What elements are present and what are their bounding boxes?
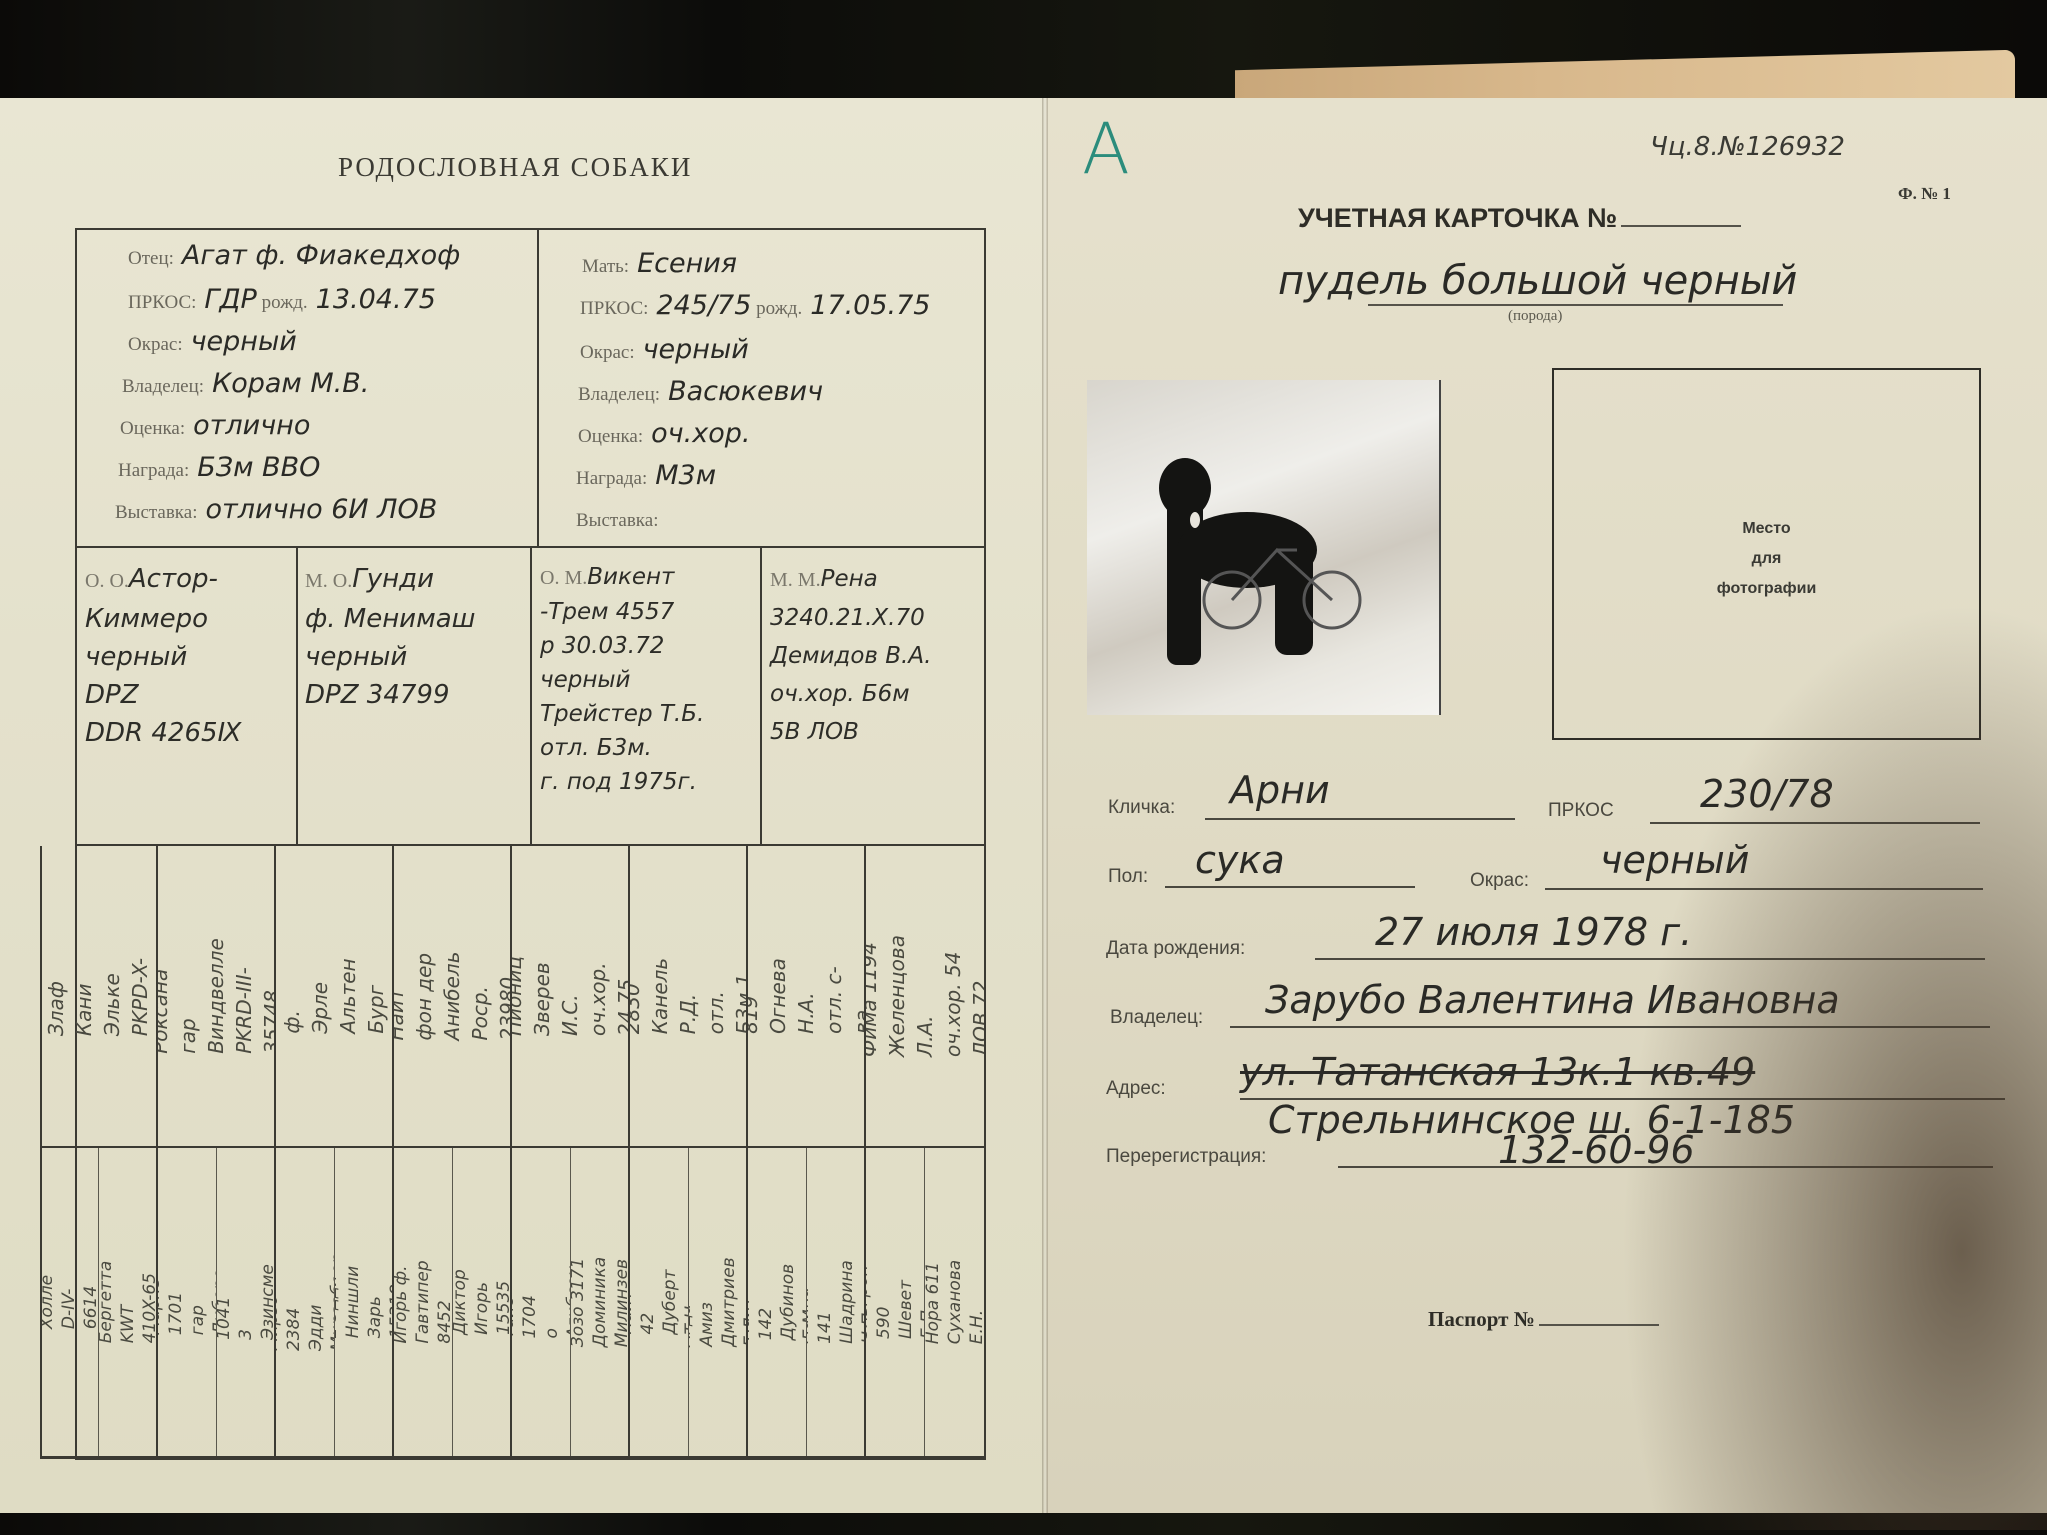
grid-left-border-lower [40,846,42,1458]
dam-label: Мать: [582,256,629,277]
dam-award: М3м [655,460,716,491]
dam-prkos: 245/75 [656,290,751,321]
card-number-blank [1621,225,1741,227]
corner-mark: А [1082,108,1130,190]
sire-color-label: Окрас: [128,334,183,355]
breed-label: (порода) [1508,308,1562,325]
great-great-grandparent-text: Майка 141 Шадрина Н.П. [807,1260,866,1344]
great-great-grandparent-text: Холле D-IV-6614 [40,1275,99,1329]
sire-grade: отлично [193,410,310,441]
photo-placeholder-caption: Место для фотографии [1554,514,1979,604]
great-great-grandparent-cell: Бергетта KWT 410X-65 [99,1148,158,1456]
name-label: Кличка: [1108,797,1175,819]
great-grandparent-text: Амандо Злаф Кани Эльке PKPD-X-25775 [40,956,158,1036]
breed-value: пудель большой черный [1278,258,1797,304]
gp-divider-2 [530,546,532,844]
form-number: Ф. № 1 [1898,184,1951,204]
bicycle-icon [1197,530,1367,640]
great-grandparent-cell: Грей 819 Огнева Н.А. отл. с-ва 4168 [748,846,866,1146]
great-great-grandparent-cell: Агда Амиз Дмитриев Е.Д. [689,1148,748,1456]
grid-bottom [40,1456,984,1459]
sire-label: Отец: [128,248,174,269]
great-great-grandparent-cell: Игорь ф. Гавтипер 8452 [394,1148,453,1456]
grandparent-label: О. О. [85,570,129,592]
sire-name: Агат ф. Фиакедхоф [182,240,460,271]
sex-underline [1165,886,1415,888]
dam-grade: оч.хор. [651,418,750,449]
great-great-grandparent-text: Биби 1041 3 Эзинсме Гайна [217,1264,276,1340]
card-title-text: УЧЕТНАЯ КАРТОЧКА № [1298,203,1617,233]
prkos-label: ПРКОС [1548,800,1614,822]
great-great-grandparent-cell: 2 Эдди Ниншли Зарь 15318 [335,1148,394,1456]
book-spine [1042,98,1048,1513]
great-great-grandparent-text: 2 Эдди Ниншли Зарь 15318 [335,1266,394,1338]
sire-show: отлично 6И ЛОВ [205,494,437,525]
grandparent-label: М. О. [305,570,352,592]
great-great-grandparent-text: Диктор Игорь 15535 [453,1269,512,1335]
great-great-grandparent-cell: Холле D-IV-6614 [40,1148,99,1456]
grandparent-cell: М. О.Гунди ф. Менимаш черный DPZ 34799 [305,560,525,714]
great-great-grandparent-cell: Зозо 3171 Доминика Милинзев [571,1148,630,1456]
dam-color: черный [643,334,749,365]
great-great-grandparent-text: Игорь ф. Гавтипер 8452 [394,1260,453,1343]
color-label: Окрас: [1470,870,1529,892]
breed-underline [1368,304,1783,306]
great-great-grandparent-cell: Эльгрон 590 Шевет Е.П. [866,1148,925,1456]
dob-label: Дата рождения: [1106,938,1245,960]
grandparent-cell: М. М.Рена 3240.21.X.70 Демидов В.А. оч.х… [770,560,980,751]
hand-shadow [1620,600,2047,1530]
great-great-grandparent-cell: Мирзо 2384 Эдди Мирзабаер [276,1148,335,1456]
great-grandparent-cell: Фима 1194 Желенцова Л.А. оч.хор. 54 ЛОВ … [866,846,984,1146]
great-great-grandparent-text: Бергетта KWT 410X-65 [99,1261,158,1344]
sire-color: черный [191,326,297,357]
parents-divider [537,228,539,546]
name-underline [1205,818,1515,820]
great-grandparent-text: Фима 1194 Желенцова Л.А. оч.хор. 54 ЛОВ … [866,935,984,1057]
caption-line: для [1554,544,1979,574]
great-grandparent-text: Грей 819 Огнева Н.А. отл. с-ва 4168 [748,958,866,1034]
sex-value: сука [1195,838,1285,882]
great-great-grandparent-cell: Найт 42 Дуберт Т.Н. [630,1148,689,1456]
dam-color-label: Окрас: [580,342,635,363]
sex-label: Пол: [1108,866,1148,888]
great-great-grandparent-text: Мирзо 2384 Эдди Мирзабаер [276,1253,335,1351]
great-grandparent-text: Найт фон дер Анибель Роср. 23980 [394,952,512,1041]
great-great-grandparent-cell: Марке 1701 гар Диборе [158,1148,217,1456]
great-grandparent-cell: Кво Пиониц Зверев И.С. оч.хор. 24.75, 17… [512,846,630,1146]
caption-line: Место [1554,514,1979,544]
address-label: Адрес: [1106,1078,1166,1100]
gp-divider-3 [760,546,762,844]
great-great-grandparent-cell: Майка 141 Шадрина Н.П. [807,1148,866,1456]
sire-owner: Корам М.В. [212,368,369,399]
sire-show-label: Выставка: [115,502,197,523]
dam-award-label: Награда: [576,468,647,489]
dam-grade-label: Оценка: [578,426,643,447]
great-grandparent-cell: Роксана гар Виндвелле PKRD-III-35748 [158,846,276,1146]
grandparent-label: М. М. [770,569,821,591]
pedigree-title: РОДОСЛОВНАЯ СОБАКИ [338,152,692,183]
dam-owner: Васюкевич [668,376,823,407]
grandparent-text: Викент -Трем 4557 р 30.03.72 черный Трей… [540,564,704,795]
great-grandparent-text: Принц ф. Эрле Альтен Бург 28478 [276,958,394,1033]
great-grandparent-cell: Принц ф. Эрле Альтен Бург 28478 [276,846,394,1146]
sire-born-label: рожд. [262,292,308,313]
great-grandparent-text: Кво Пиониц Зверев И.С. оч.хор. 24.75, 17… [512,956,630,1036]
great-great-grandparent-text: Агда Амиз Дмитриев Е.Д. [689,1257,748,1346]
great-great-grandparent-text: Марке 1701 гар Диборе [158,1269,217,1335]
great-great-grandparent-text: Эльгрон 590 Шевет Е.П. [866,1265,925,1339]
rereg-label: Перерегистрация: [1106,1146,1266,1168]
dam-born: 17.05.75 [810,290,930,321]
sire-grade-label: Оценка: [120,418,185,439]
sire-award: БЗм ВВО [197,452,320,483]
sire-prkos: ГДР [204,284,256,315]
great-great-grandparent-text: Зозо 3171 Доминика Милинзев [571,1257,630,1347]
card-title: УЧЕТНАЯ КАРТОЧКА № [1298,203,1741,234]
sire-prkos-label: ПРКОС: [128,292,196,313]
gp-divider-1 [296,546,298,844]
great-grandparent-cell: Амандо Злаф Кани Эльке PKPD-X-25775 [40,846,158,1146]
dam-prkos-label: ПРКОС: [580,298,648,319]
grandparent-cell: О. О.Астор- Киммеро черный DPZ DDR 4265Ⅸ [85,560,290,752]
dam-name: Есения [637,248,737,279]
great-great-grandparent-text: Нора 611 Суханова Е.Н. [925,1260,984,1344]
great-great-grandparent-cell: Таис 1704 о Агибсен [512,1148,571,1456]
passport-label: Паспорт № [1428,1307,1535,1331]
great-grandparent-text: Альма 2830 Канель Р.Д. отл. Б3м 1 под 72 [630,958,748,1034]
great-great-grandparent-cell: Нора 611 Суханова Е.Н. [925,1148,984,1456]
great-grandparent-cell: Найт фон дер Анибель Роср. 23980 [394,846,512,1146]
great-great-grandparent-text: Найт 142 Дубинов Е.М. [748,1264,807,1340]
registry-note: Чц.8.№126932 [1650,132,1845,162]
great-great-grandparent-text: Таис 1704 о Агибсен [512,1265,571,1338]
grandparent-cell: О. М.Викент -Трем 4557 р 30.03.72 черный… [540,560,755,799]
great-great-grandparent-text: Найт 42 Дуберт Т.Н. [630,1270,689,1335]
grandparent-text: Рена 3240.21.X.70 Демидов В.А. оч.хор. Б… [770,566,931,745]
sire-born: 13.04.75 [316,284,436,315]
great-great-grandparent-cell: Биби 1041 3 Эзинсме Гайна [217,1148,276,1456]
sire-award-label: Награда: [118,460,189,481]
dam-owner-label: Владелец: [578,384,660,405]
grandparent-label: О. М. [540,567,587,589]
great-grandparent-cell: Альма 2830 Канель Р.Д. отл. Б3м 1 под 72 [630,846,748,1146]
sire-owner-label: Владелец: [122,376,204,397]
dam-born-label: рожд. [756,298,802,319]
great-great-grandparent-cell: Диктор Игорь 15535 [453,1148,512,1456]
dam-show-label: Выставка: [576,510,658,531]
great-grandparent-text: Роксана гар Виндвелле PKRD-III-35748 [158,938,276,1054]
name-value: Арни [1230,768,1330,812]
owner-label: Владелец: [1110,1007,1203,1029]
dog-photo [1087,380,1441,715]
great-great-grandparent-cell: Найт 142 Дубинов Е.М. [748,1148,807,1456]
